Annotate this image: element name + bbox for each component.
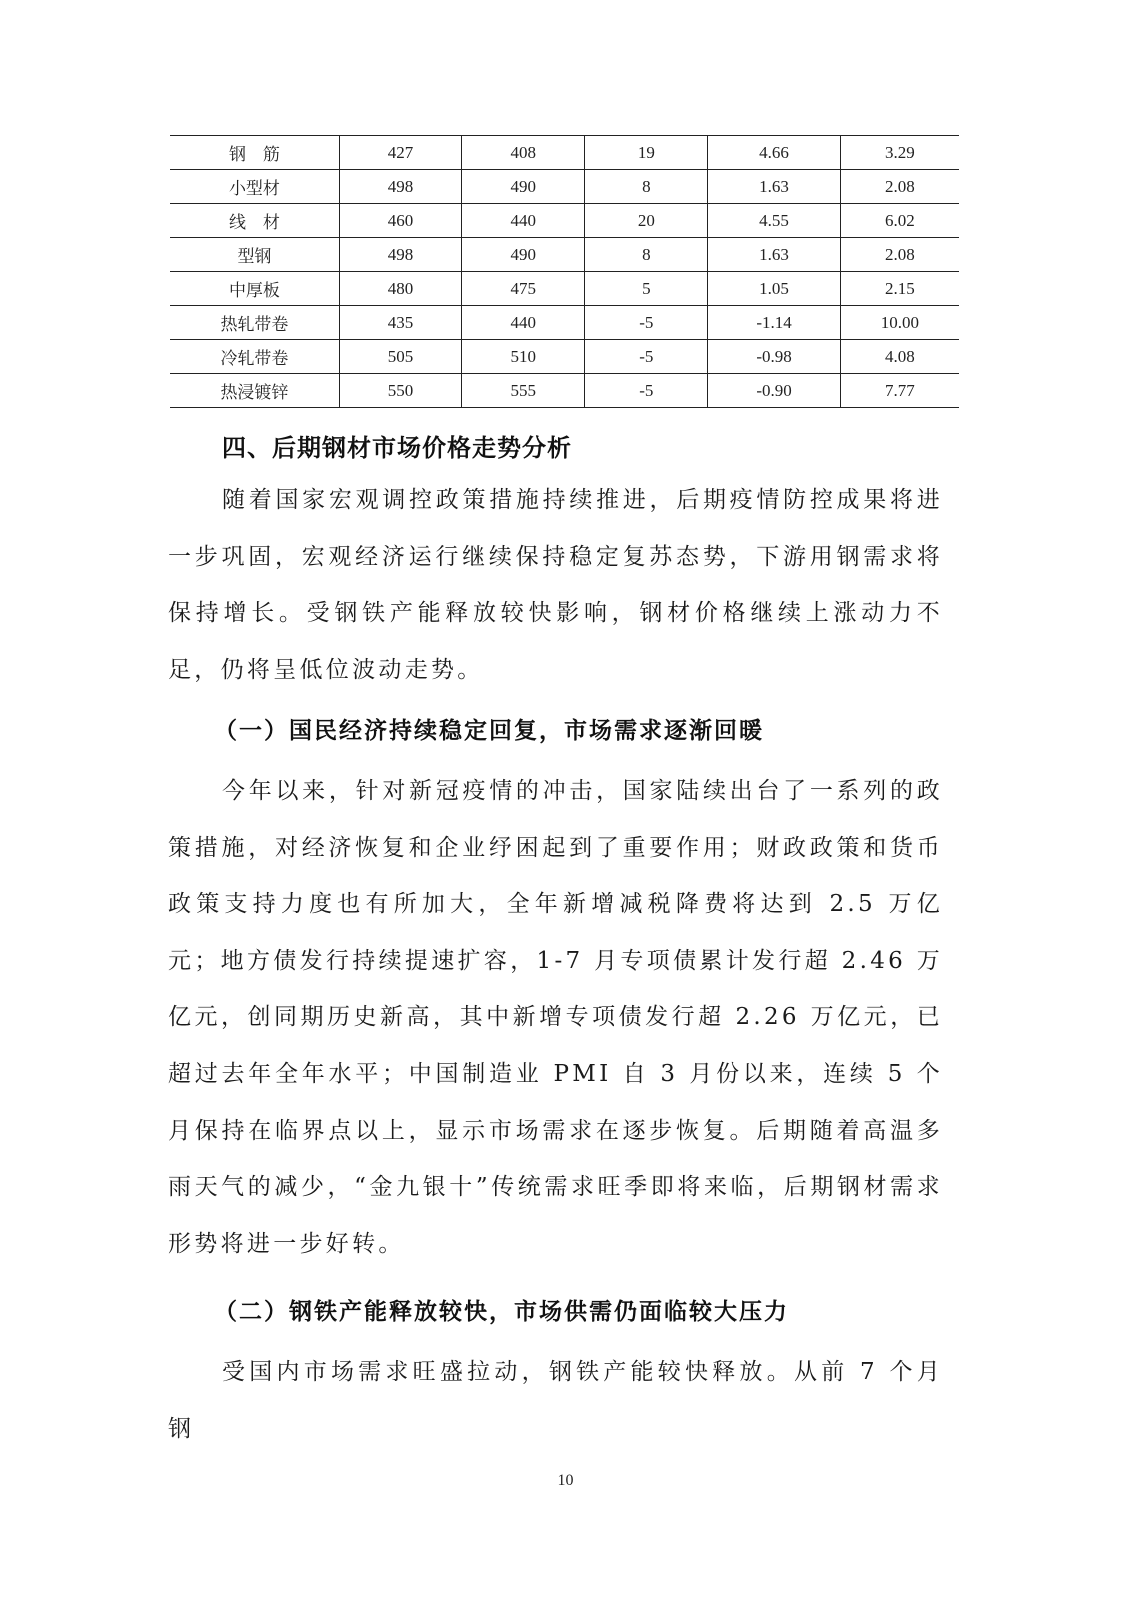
product-name: 中厚板 <box>170 272 339 306</box>
section-heading: 四、后期钢材市场价格走势分析 <box>222 428 572 463</box>
product-name: 热轧带卷 <box>170 306 339 340</box>
cell: 6.02 <box>840 204 959 238</box>
cell: -5 <box>585 306 708 340</box>
subsection-1-paragraph: 今年以来，针对新冠疫情的冲击，国家陆续出台了一系列的政策措施，对经济恢复和企业纾… <box>168 763 943 1272</box>
cell: -1.14 <box>708 306 840 340</box>
cell: 2.08 <box>840 238 959 272</box>
page-number: 10 <box>0 1472 1131 1490</box>
cell: 1.63 <box>708 238 840 272</box>
product-name: 冷轧带卷 <box>170 340 339 374</box>
cell: 480 <box>339 272 461 306</box>
cell: 505 <box>339 340 461 374</box>
table-row: 小型材 498 490 8 1.63 2.08 <box>170 170 959 204</box>
steel-price-table: 钢 筋 427 408 19 4.66 3.29 小型材 498 490 8 1… <box>170 135 959 408</box>
subsection-heading-1: （一）国民经济持续稳定回复，市场需求逐渐回暖 <box>214 712 764 745</box>
product-name: 热浸镀锌 <box>170 374 339 408</box>
table-row: 冷轧带卷 505 510 -5 -0.98 4.08 <box>170 340 959 374</box>
product-name: 型钢 <box>170 238 339 272</box>
cell: 4.08 <box>840 340 959 374</box>
product-name: 小型材 <box>170 170 339 204</box>
cell: 4.66 <box>708 136 840 170</box>
cell: 3.29 <box>840 136 959 170</box>
cell: 490 <box>462 238 585 272</box>
cell: 460 <box>339 204 461 238</box>
cell: 475 <box>462 272 585 306</box>
cell: 2.15 <box>840 272 959 306</box>
table-row: 热轧带卷 435 440 -5 -1.14 10.00 <box>170 306 959 340</box>
product-name: 线 材 <box>170 204 339 238</box>
cell: 427 <box>339 136 461 170</box>
cell: 555 <box>462 374 585 408</box>
cell: 7.77 <box>840 374 959 408</box>
subsection-heading-2: （二）钢铁产能释放较快，市场供需仍面临较大压力 <box>214 1293 789 1326</box>
cell: 2.08 <box>840 170 959 204</box>
cell: -0.90 <box>708 374 840 408</box>
table-row: 线 材 460 440 20 4.55 6.02 <box>170 204 959 238</box>
cell: 440 <box>462 204 585 238</box>
subsection-2-paragraph: 受国内市场需求旺盛拉动，钢铁产能较快释放。从前 7 个月钢 <box>168 1344 943 1457</box>
table-row: 型钢 498 490 8 1.63 2.08 <box>170 238 959 272</box>
cell: 408 <box>462 136 585 170</box>
cell: 8 <box>585 238 708 272</box>
cell: 490 <box>462 170 585 204</box>
cell: 5 <box>585 272 708 306</box>
table-row: 中厚板 480 475 5 1.05 2.15 <box>170 272 959 306</box>
cell: 20 <box>585 204 708 238</box>
cell: 10.00 <box>840 306 959 340</box>
cell: 510 <box>462 340 585 374</box>
cell: 1.05 <box>708 272 840 306</box>
cell: 550 <box>339 374 461 408</box>
table-row: 钢 筋 427 408 19 4.66 3.29 <box>170 136 959 170</box>
cell: 498 <box>339 238 461 272</box>
cell: 4.55 <box>708 204 840 238</box>
product-name: 钢 筋 <box>170 136 339 170</box>
cell: 19 <box>585 136 708 170</box>
cell: -5 <box>585 340 708 374</box>
cell: -0.98 <box>708 340 840 374</box>
cell: 498 <box>339 170 461 204</box>
cell: 435 <box>339 306 461 340</box>
cell: 1.63 <box>708 170 840 204</box>
cell: -5 <box>585 374 708 408</box>
cell: 8 <box>585 170 708 204</box>
cell: 440 <box>462 306 585 340</box>
intro-paragraph: 随着国家宏观调控政策措施持续推进，后期疫情防控成果将进一步巩固，宏观经济运行继续… <box>168 472 943 698</box>
table-row: 热浸镀锌 550 555 -5 -0.90 7.77 <box>170 374 959 408</box>
